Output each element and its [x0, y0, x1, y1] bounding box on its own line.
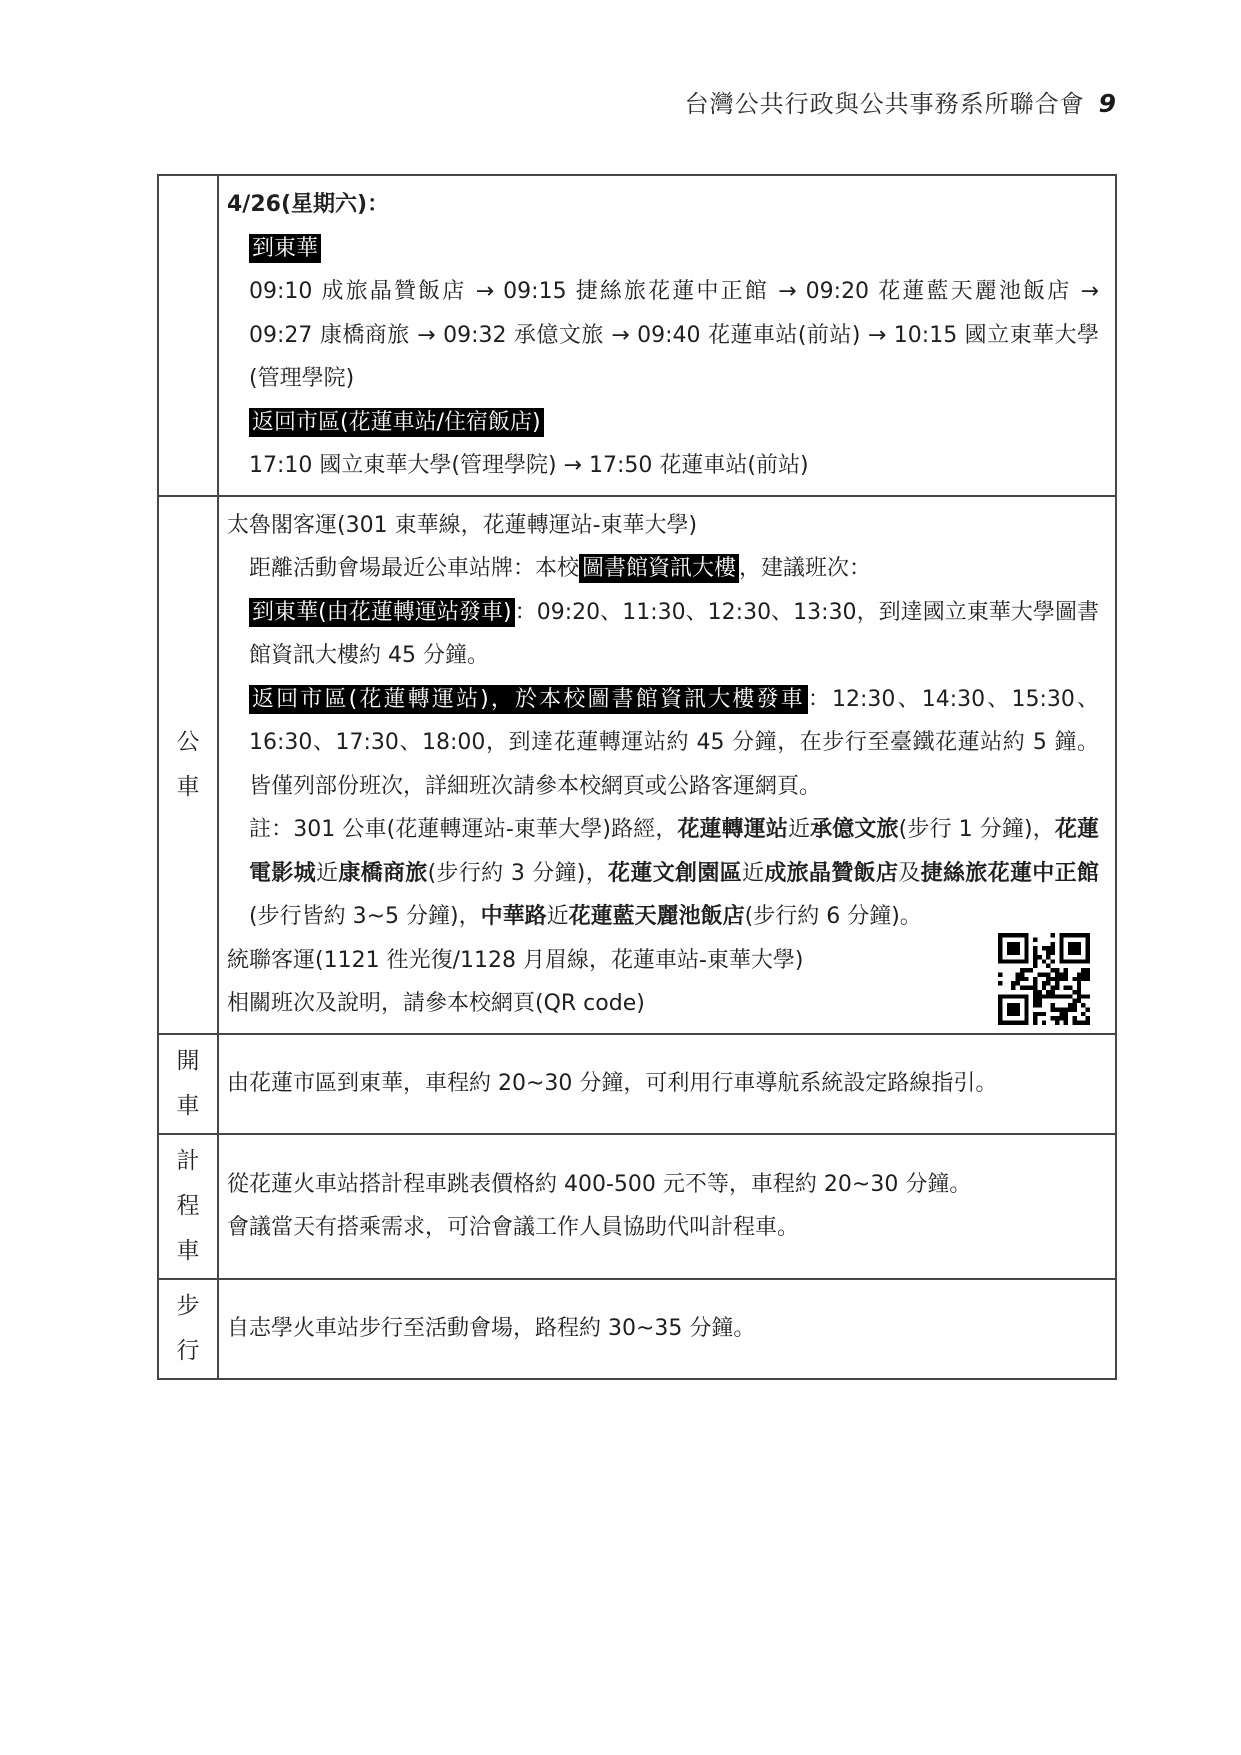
text-segment: 近 — [547, 904, 569, 929]
row-label-walk: 步行 — [158, 1279, 218, 1379]
text-segment: (步行約 3 分鐘)， — [428, 861, 608, 886]
bold-text: 花蓮藍天麗池飯店 — [569, 904, 745, 929]
morning-shuttle-route: 09:10 成旅晶贊飯店 → 09:15 捷絲旅花蓮中正館 → 09:20 花蓮… — [227, 270, 1099, 401]
highlighted-text: 到東華(由花蓮轉運站發車) — [249, 598, 515, 627]
row-label-char: 公 — [159, 720, 217, 765]
text-segment: (步行 1 分鐘)， — [899, 817, 1055, 842]
highlighted-text: 到東華 — [249, 234, 321, 263]
text-segment: 由花蓮市區到東華，車程約 20~30 分鐘，可利用行車導航系統設定路線指引。 — [227, 1071, 997, 1096]
header-title: 台灣公共行政與公共事務系所聯合會 — [685, 90, 1085, 118]
route-note: 註：301 公車(花蓮轉運站-東華大學)路經，花蓮轉運站近承億文旅(步行 1 分… — [227, 808, 1099, 939]
to-donghwa-heading: 到東華 — [227, 227, 1099, 271]
bold-text: 花蓮文創園區 — [608, 861, 742, 886]
text-segment: 自志學火車站步行至活動會場，路程約 30~35 分鐘。 — [227, 1316, 755, 1341]
text-segment: 17:10 國立東華大學(管理學院) → 17:50 花蓮車站(前站) — [249, 453, 809, 478]
bus-paragraphs: 太魯閣客運(301 東華線，花蓮轉運站-東華大學)距離活動會場最近公車站牌：本校… — [227, 504, 1099, 1026]
text-segment: (步行皆約 3~5 分鐘)， — [249, 904, 481, 929]
row-label-char: 車 — [159, 1084, 217, 1129]
row-content-car: 由花蓮市區到東華，車程約 20~30 分鐘，可利用行車導航系統設定路線指引。 — [218, 1034, 1116, 1134]
row-label-bus: 公車 — [158, 496, 218, 1034]
text-segment: 距離活動會場最近公車站牌：本校 — [249, 556, 579, 581]
bold-text: 康橋商旅 — [338, 861, 427, 886]
text-segment: 從花蓮火車站搭計程車跳表價格約 400-500 元不等，車程約 20~30 分鐘… — [227, 1172, 971, 1197]
return-times: 返回市區(花蓮轉運站)，於本校圖書館資訊大樓發車：12:30、14:30、15:… — [227, 678, 1099, 809]
qr-code — [998, 933, 1090, 1025]
table-row-bus: 公車 太魯閣客運(301 東華線，花蓮轉運站-東華大學)距離活動會場最近公車站牌… — [158, 496, 1116, 1034]
taxi-booking-info: 會議當天有搭乘需求，可洽會議工作人員協助代叫計程車。 — [227, 1206, 1099, 1250]
row-label-char: 車 — [159, 1229, 217, 1274]
date-heading: 4/26(星期六)： — [227, 183, 1099, 227]
row-content-walk: 自志學火車站步行至活動會場，路程約 30~35 分鐘。 — [218, 1279, 1116, 1379]
evening-shuttle-route: 17:10 國立東華大學(管理學院) → 17:50 花蓮車站(前站) — [227, 444, 1099, 488]
highlighted-text: 圖書館資訊大樓 — [579, 554, 739, 583]
highlighted-text: 返回市區(花蓮轉運站)，於本校圖書館資訊大樓發車 — [249, 685, 808, 714]
text-segment: 太魯閣客運(301 東華線，花蓮轉運站-東華大學) — [227, 513, 697, 538]
bold-text: 捷絲旅花蓮中正館 — [921, 861, 1099, 886]
row-content-schedule: 4/26(星期六)：到東華09:10 成旅晶贊飯店 → 09:15 捷絲旅花蓮中… — [218, 175, 1116, 496]
to-donghwa-times: 到東華(由花蓮轉運站發車)：09:20、11:30、12:30、13:30，到達… — [227, 591, 1099, 678]
table-row-walk: 步行 自志學火車站步行至活動會場，路程約 30~35 分鐘。 — [158, 1279, 1116, 1379]
bold-text: 承億文旅 — [810, 817, 898, 842]
car-info: 由花蓮市區到東華，車程約 20~30 分鐘，可利用行車導航系統設定路線指引。 — [227, 1062, 1099, 1106]
document-page: 台灣公共行政與公共事務系所聯合會9 4/26(星期六)：到東華09:10 成旅晶… — [0, 0, 1241, 1755]
ubus-title: 統聯客運(1121 徃光復/1128 月眉線，花蓮車站-東華大學) — [227, 939, 1099, 983]
row-label-char: 步 — [159, 1284, 217, 1329]
page-header: 台灣公共行政與公共事務系所聯合會9 — [685, 84, 1117, 119]
bold-text: 中華路 — [481, 904, 547, 929]
bold-text: 4/26(星期六)： — [227, 192, 389, 217]
table-row-taxi: 計程車 從花蓮火車站搭計程車跳表價格約 400-500 元不等，車程約 20~3… — [158, 1134, 1116, 1279]
row-content-taxi: 從花蓮火車站搭計程車跳表價格約 400-500 元不等，車程約 20~30 分鐘… — [218, 1134, 1116, 1279]
text-segment: 09:10 成旅晶贊飯店 → 09:15 捷絲旅花蓮中正館 → 09:20 花蓮… — [249, 279, 1099, 391]
text-segment: (步行約 6 分鐘)。 — [745, 904, 922, 929]
qr-note: 相關班次及說明，請參本校網頁(QR code) — [227, 982, 1099, 1026]
row-label-char: 開 — [159, 1039, 217, 1084]
row-label-schedule — [158, 175, 218, 496]
highlighted-text: 返回市區(花蓮車站/住宿飯店) — [249, 408, 544, 437]
row-label-taxi: 計程車 — [158, 1134, 218, 1279]
table-row-shuttle-schedule: 4/26(星期六)：到東華09:10 成旅晶贊飯店 → 09:15 捷絲旅花蓮中… — [158, 175, 1116, 496]
walk-info: 自志學火車站步行至活動會場，路程約 30~35 分鐘。 — [227, 1307, 1099, 1351]
taroko-bus-title: 太魯閣客運(301 東華線，花蓮轉運站-東華大學) — [227, 504, 1099, 548]
text-segment: 註：301 公車(花蓮轉運站-東華大學)路經， — [249, 817, 677, 842]
row-label-car: 開車 — [158, 1034, 218, 1134]
taxi-fare-info: 從花蓮火車站搭計程車跳表價格約 400-500 元不等，車程約 20~30 分鐘… — [227, 1163, 1099, 1207]
row-label-char: 程 — [159, 1184, 217, 1229]
text-segment: 近 — [316, 861, 338, 886]
text-segment: ，建議班次： — [739, 556, 871, 581]
bold-text: 成旅晶贊飯店 — [764, 861, 898, 886]
text-segment: 統聯客運(1121 徃光復/1128 月眉線，花蓮車站-東華大學) — [227, 948, 803, 973]
text-segment: 及 — [898, 861, 920, 886]
row-label-char: 行 — [159, 1329, 217, 1374]
text-segment: 近 — [742, 861, 764, 886]
bold-text: 花蓮轉運站 — [677, 817, 788, 842]
return-heading: 返回市區(花蓮車站/住宿飯店) — [227, 401, 1099, 445]
qr-code-svg — [998, 933, 1090, 1025]
text-segment: 近 — [788, 817, 810, 842]
page-number: 9 — [1099, 89, 1117, 118]
table-row-car: 開車 由花蓮市區到東華，車程約 20~30 分鐘，可利用行車導航系統設定路線指引… — [158, 1034, 1116, 1134]
transport-table: 4/26(星期六)：到東華09:10 成旅晶贊飯店 → 09:15 捷絲旅花蓮中… — [157, 174, 1117, 1380]
nearest-stop-info: 距離活動會場最近公車站牌：本校圖書館資訊大樓，建議班次： — [227, 547, 1099, 591]
text-segment: 相關班次及說明，請參本校網頁(QR code) — [227, 991, 645, 1016]
row-label-char: 車 — [159, 765, 217, 810]
row-label-char: 計 — [159, 1139, 217, 1184]
text-segment: 會議當天有搭乘需求，可洽會議工作人員協助代叫計程車。 — [227, 1215, 799, 1240]
row-content-bus: 太魯閣客運(301 東華線，花蓮轉運站-東華大學)距離活動會場最近公車站牌：本校… — [218, 496, 1116, 1034]
